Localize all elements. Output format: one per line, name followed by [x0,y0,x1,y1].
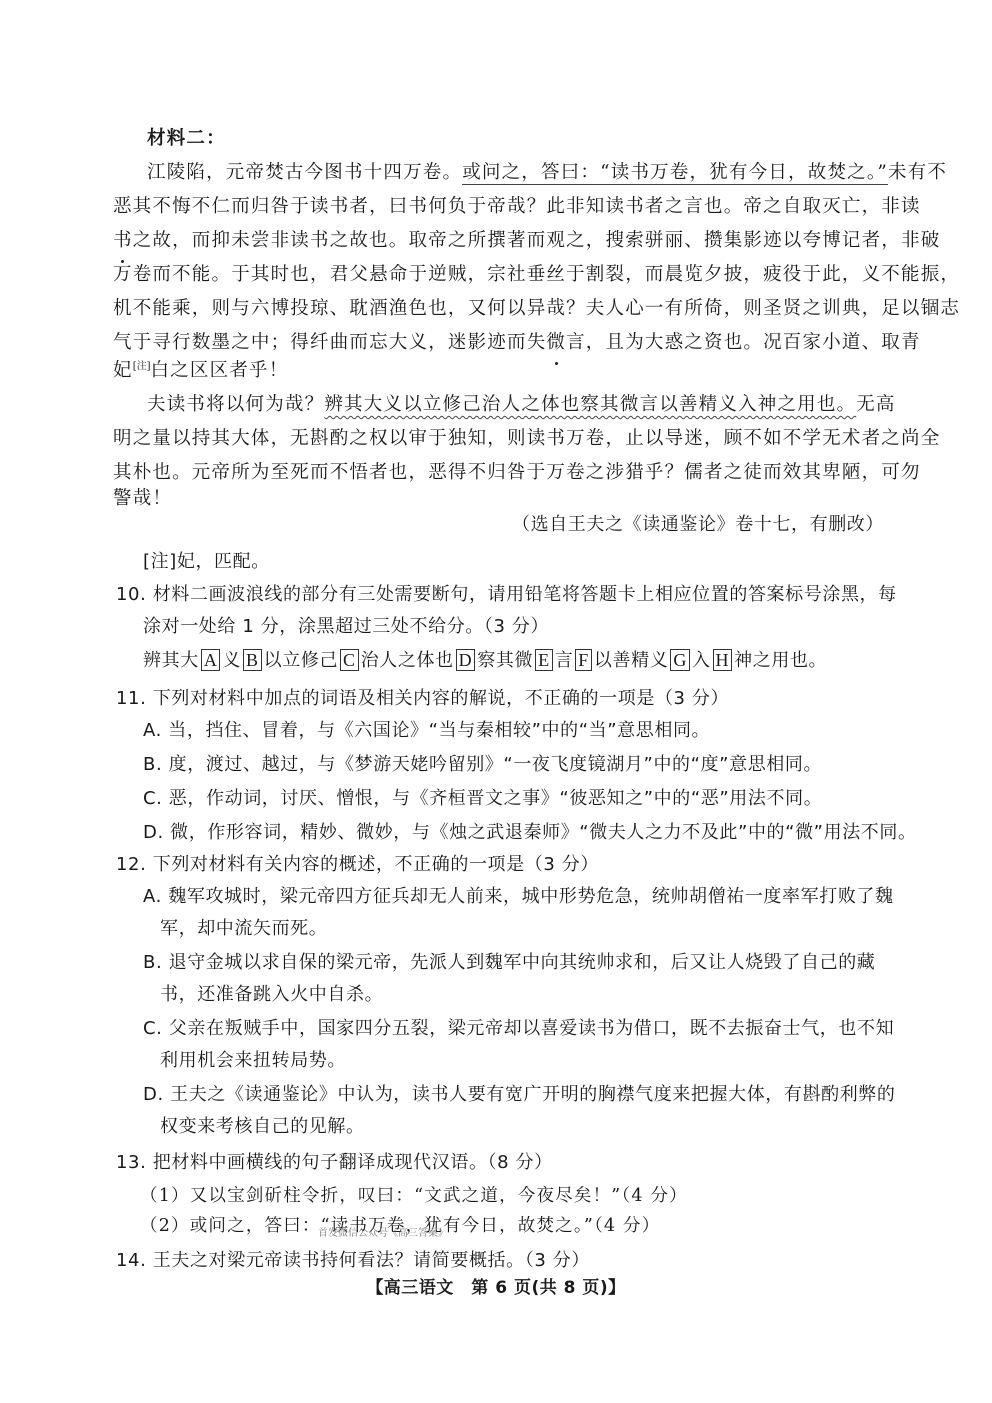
passage-text: 夫读书将以何为哉？ [147,394,324,415]
question-11-stem: 11. 下列对材料中加点的词语及相关内容的解说，不正确的一项是（3 分） [116,686,729,712]
option-a: A. 魏军攻城时，梁元帝四方征兵却无人前来，城中形势危急，统帅胡僧祐一度率军打败… [143,884,894,910]
option-b-cont: 书，还准备跳入火中自杀。 [160,982,383,1008]
passage-line: 书之故，而抑未尝非读书之故也。取帝之所撰著而观之，搜索骈丽、攒集影迹以夸博记者，… [113,228,940,254]
option-a: A. 当，挡住、冒着，与《六国论》“当与秦相较”中的“当”意思相同。 [143,718,710,744]
passage-text: 江陵陷，元帝焚古今图书十四万卷。 [147,162,462,183]
passage-line: 夫读书将以何为哉？辨其大义以立修己治人之体也察其微言以善精义入神之用也。无高 [147,392,896,418]
passage-line: 万卷而不能。于其时也，君父悬命于逆贼，宗社垂丝于割裂，而晨览夕披，疲役于此，义不… [113,262,960,288]
passage-text: 妃 [113,360,133,381]
question-12-stem: 12. 下列对材料有关内容的概述，不正确的一项是（3 分） [116,852,599,878]
option-d: D. 王夫之《读通鉴论》中认为，读书人要有宽广开明的胸襟气度来把握大体，有斟酌利… [143,1082,896,1108]
answer-mark-b[interactable]: B [243,649,262,671]
answer-mark-h[interactable]: H [713,649,733,671]
footnote: [注]妃，匹配。 [143,549,270,575]
answer-mark-f[interactable]: F [575,649,592,671]
segment: 以善精义 [594,650,668,671]
emphasis-dot-char: 书 [113,228,133,254]
watermark: 首发微信公众号《高三答案》 [318,1224,448,1239]
answer-mark-g[interactable]: G [670,649,690,671]
exam-page: 材料二： 江陵陷，元帝焚古今图书十四万卷。或问之，答曰：“读书万卷，犹有今日，故… [0,0,992,1403]
footnote-marker: [注] [133,361,151,372]
passage-text: 白之区区者乎！ [151,360,289,381]
answer-mark-c[interactable]: C [340,649,359,671]
segment: 言 [555,650,574,671]
passage-text: 之故，而抑未尝非读书之故也。取帝之所撰著而观之，搜索骈丽、攒集影迹以夸博记者，非… [133,230,941,251]
option-c-cont: 利用机会来扭转局势。 [160,1048,346,1074]
passage-line: 明之量以持其大体，无斟酌之权以审于独知，则读书万卷，止以导迷，顾不如不学无术者之… [113,426,940,452]
passage-line: 机不能乘，则与六博投琼、耽酒渔色也，又何以异哉？夫人心一有所倚，则圣贤之训典，足… [113,296,960,322]
segment: 察其微 [477,650,533,671]
option-d: D. 微，作形容词，精妙、微妙，与《烛之武退秦师》“微夫人之力不及此”中的“微”… [143,820,917,846]
option-c: C. 父亲在叛贼手中，国家四分五裂，梁元帝却以喜爱读书为借口，既不去振奋士气，也… [143,1016,894,1042]
segment: 入 [692,650,711,671]
wavy-underlined-sentence: 辨其大义以立修己治人之体也察其微言以善精义入神之用也。 [324,394,856,415]
passage-line: 气于寻行数墨之中；得纤曲而忘大义，迷影迹而失微言，且为大惑之资也。况百家小道、取… [113,330,921,356]
passage-text: 无高 [856,394,895,415]
answer-mark-d[interactable]: D [456,649,476,671]
passage-line: 妃[注]白之区区者乎！ [113,358,288,384]
segment: 治人之体也 [361,650,454,671]
source-citation: （选自王夫之《读通鉴论》卷十七，有删改） [512,512,884,538]
passage-text: 气于寻行数墨之中；得纤曲而忘大义，迷影迹而失 [113,332,546,353]
passage-line: 其朴也。元帝所为至死而不悟者也，恶得不归咎于万卷之涉猎乎？儒者之徒而效其卑陋，可… [113,460,921,486]
passage-line: 恶其不悔不仁而归咎于读书者，曰书何负于帝哉？此非知读书者之言也。帝之自取灭亡，非… [113,194,921,220]
option-b: B. 度，渡过、越过，与《梦游天姥吟留别》“一夜飞度镜湖月”中的“度”意思相同。 [143,752,822,778]
passage-text: 未有不 [888,162,947,183]
option-d-cont: 权变来考核自己的见解。 [160,1114,365,1140]
question-10-stem: 10. 材料二画波浪线的部分有三处需要断句，请用铅笔将答题卡上相应位置的答案标号… [116,582,897,608]
underlined-sentence: 或问之，答曰：“读书万卷，犹有今日，故焚之。” [462,162,888,185]
passage-text: 言，且为大惑之资也。况百家小道、取青 [566,332,921,353]
emphasis-dot-char: 微 [546,330,566,356]
segment: 义 [222,650,241,671]
answer-mark-a[interactable]: A [201,649,221,671]
answer-mark-e[interactable]: E [535,649,553,671]
translation-sentence-1: （1）又以宝剑斫柱令折，叹曰：“文武之道，今夜尽矣！”（4 分） [140,1183,688,1209]
page-footer: 【高三语文 第 6 页(共 8 页)】 [0,1275,992,1301]
option-a-cont: 军，却中流矢而死。 [160,916,327,942]
question-13-stem: 13. 把材料中画横线的句子翻译成现代汉语。（8 分） [116,1150,553,1176]
passage-line: 江陵陷，元帝焚古今图书十四万卷。或问之，答曰：“读书万卷，犹有今日，故焚之。”未… [147,160,947,186]
segment: 以立修己 [264,650,338,671]
segment: 辨其大 [143,650,199,671]
question-10-sentence: 辨其大A义B以立修己C治人之体也D察其微E言F以善精义G入H神之用也。 [143,648,827,674]
option-b: B. 退守金城以求自保的梁元帝，先派人到魏军中向其统帅求和，后又让人烧毁了自己的… [143,950,875,976]
segment: 神之用也。 [734,650,827,671]
question-10-stem: 涂对一处给 1 分，涂黑超过三处不给分。（3 分） [143,614,549,640]
passage-line: 警哉！ [113,486,172,512]
section-label: 材料二： [147,126,226,152]
question-14-stem: 14. 王夫之对梁元帝读书持何看法？请简要概括。（3 分） [116,1248,590,1274]
option-c: C. 恶，作动词，讨厌、憎恨，与《齐桓晋文之事》“彼恶知之”中的“恶”用法不同。 [143,786,822,812]
